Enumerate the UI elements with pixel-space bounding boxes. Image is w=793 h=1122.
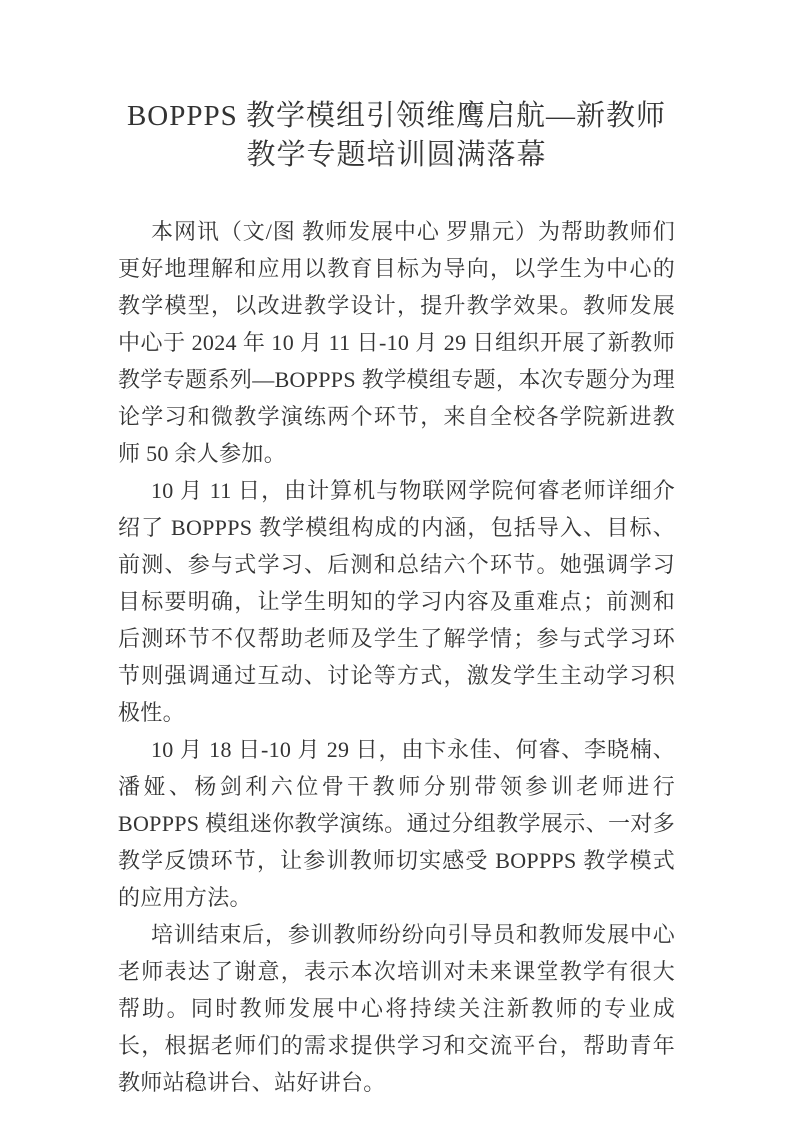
paragraph-conclusion: 培训结束后，参训教师纷纷向引导员和教师发展中心老师表达了谢意，表示本次培训对未来… xyxy=(118,916,675,1101)
paragraph-theory-session: 10 月 11 日，由计算机与物联网学院何睿老师详细介绍了 BOPPPS 教学模… xyxy=(118,472,675,731)
paragraph-micro-teaching: 10 月 18 日-10 月 29 日，由卞永佳、何睿、李晓楠、潘娅、杨剑利六位… xyxy=(118,731,675,916)
document-page: BOPPPS 教学模组引领维鹰启航—新教师教学专题培训圆满落幕 本网讯（文/图 … xyxy=(0,0,793,1122)
document-body: 本网讯（文/图 教师发展中心 罗鼎元）为帮助教师们更好地理解和应用以教育目标为导… xyxy=(118,213,675,1101)
document-title: BOPPPS 教学模组引领维鹰启航—新教师教学专题培训圆满落幕 xyxy=(118,97,675,175)
paragraph-intro: 本网讯（文/图 教师发展中心 罗鼎元）为帮助教师们更好地理解和应用以教育目标为导… xyxy=(118,213,675,472)
